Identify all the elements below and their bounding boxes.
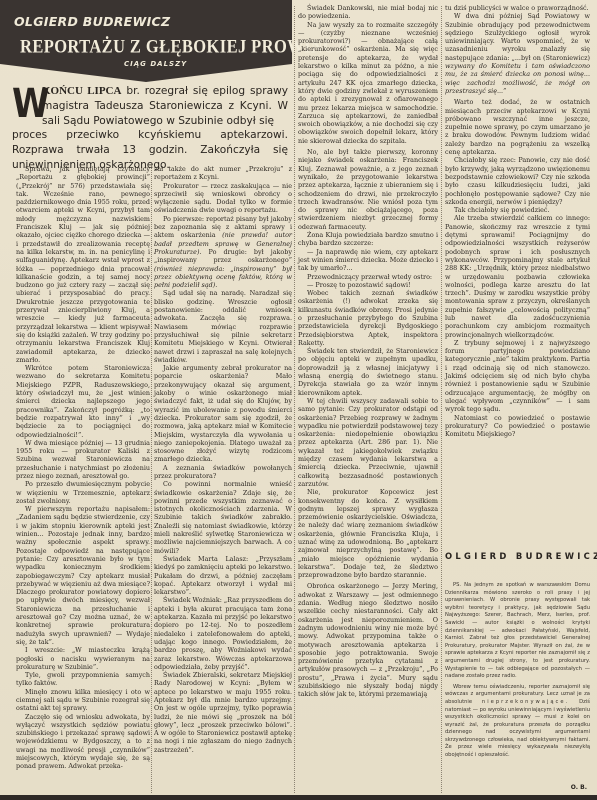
drop-cap: W bbox=[12, 86, 32, 122]
signature: OLGIERD BUDREWICZ bbox=[445, 551, 590, 561]
paragraph: Natomiast co powiedzieć o postawie proku… bbox=[445, 414, 590, 439]
paragraph: W tej chwili wszyscy zadawali sobie to s… bbox=[298, 397, 438, 488]
newspaper-page: OLGIERD BUDREWICZ REPORTAŻU Z GŁĘBOKIEJ … bbox=[0, 0, 597, 800]
paragraph: Z trybuny sejmowej i z najwyższego forum… bbox=[445, 339, 590, 414]
paragraph: Nie, prokurator Kopcewicz jest konsekwen… bbox=[298, 488, 438, 579]
byline-author: OLGIERD BUDREWICZ bbox=[14, 14, 170, 29]
paragraph: Sprawa, jak pamiętają czytelnicy „Report… bbox=[16, 165, 150, 364]
lead-paragraph: KOŃCU LIPCA br. rozegrał się epilog spra… bbox=[42, 84, 288, 128]
paragraph: Chciałoby się rzec: Panowie, czy nie doś… bbox=[445, 156, 590, 206]
paragraph: Świadek ten stwierdził, że Staroniewicz … bbox=[298, 347, 438, 397]
paragraph: Na jaw wyszły za to rozmaite szczegóły —… bbox=[298, 21, 438, 145]
paragraph: — Proszę to pozostawić sądowi! bbox=[298, 281, 438, 289]
column-divider bbox=[294, 6, 295, 793]
paragraph: W pierwszym reportażu napisałem: „Zadani… bbox=[16, 505, 150, 646]
italic-aside: (również nieprawda: „inspirowany” był pr… bbox=[154, 265, 292, 290]
paragraph: Co powinni normalnie wnieść świadkowie o… bbox=[154, 480, 292, 555]
postscript: PS. Na jednym ze spotkań w warszawskim D… bbox=[445, 582, 590, 760]
italic-quote: wzywany do Komitetu i tam oświadczono mu… bbox=[445, 62, 590, 95]
paragraph: Żona Kluja powiedziała bardzo smutno i c… bbox=[298, 231, 438, 248]
paragraph: Prokurator — rzecz zaskakująca — nie spr… bbox=[154, 182, 292, 215]
paragraph: Świadek Woźniak: „Raz przyszedłem do apt… bbox=[154, 596, 292, 671]
paragraph: Przewodniczący przerwał wtedy ostro: bbox=[298, 273, 438, 281]
column-divider bbox=[441, 6, 442, 793]
postscript-initials: O. B. bbox=[571, 784, 587, 791]
paragraph: W dwa dni później Sąd Powiatowy w Szubin… bbox=[445, 12, 590, 95]
postscript-paragraph: Wbrew temu oświadczeniu, reporter zaznaj… bbox=[445, 684, 590, 760]
bottom-rule bbox=[0, 795, 597, 800]
paragraph: Świadek Zbieralski, sekretarz Miejskiej … bbox=[154, 671, 292, 754]
paragraph: Minęło znowu kilka miesięcy i oto w ciem… bbox=[16, 688, 150, 713]
paragraph: Po przeszło dwumiesięcznym pobycie w wię… bbox=[16, 480, 150, 505]
paragraph: Warto też dodać, że w ostatnich miesiąca… bbox=[445, 98, 590, 156]
paragraph: Wobec takich zeznań świadków oskarżenia … bbox=[298, 289, 438, 347]
paragraph: Po pierwsze: reportaż pisany był jakoby … bbox=[154, 215, 292, 290]
article-column-3: Świadek Dankowski, nie miał bodaj nic do… bbox=[298, 4, 438, 699]
paragraph: I wreszcie: „W miasteczku krążą pogłoski… bbox=[16, 646, 150, 671]
paragraph: Sąd udał się na naradę. Naradzał się bli… bbox=[154, 289, 292, 364]
article-column-1: Sprawa, jak pamiętają czytelnicy „Report… bbox=[16, 165, 150, 771]
paragraph: — Ja naprawdę nie wiem, czy aptekarz jes… bbox=[298, 248, 438, 273]
paragraph: A zeznania świadków powołanych przez pro… bbox=[154, 464, 292, 481]
paragraph: Jakie argumenty zebrał prokurator na pop… bbox=[154, 364, 292, 464]
article-column-2: zał także do akt numer „Przekroju” z rep… bbox=[154, 165, 292, 754]
paragraph: W dwa miesiące później — 13 grudnia 1955… bbox=[16, 439, 150, 480]
paragraph: Obrońca oskarżonego — Jerzy Mering, adwo… bbox=[298, 582, 438, 698]
paragraph: Świadek Marta Lalasz: „Przyszłam kiedyś … bbox=[154, 555, 292, 596]
paragraph: Tyle, gwoli przypomnienia samych tylko f… bbox=[16, 671, 150, 688]
article-subtitle: CIĄG DALSZY bbox=[124, 60, 187, 68]
paragraph: Ale trzeba stwierdzić całkiem co innego:… bbox=[445, 214, 590, 338]
paragraph: No, ale był także pierwszy, koronny niej… bbox=[298, 148, 438, 231]
paragraph-text: W dwa dni później Sąd Powiatowy w Szubin… bbox=[445, 12, 590, 61]
paragraph-text: Dziś natomiast — po wyroku uniewinniając… bbox=[445, 699, 590, 758]
lead-cap-words: KOŃCU LIPCA bbox=[42, 85, 121, 97]
postscript-paragraph: PS. Na jednym ze spotkań w warszawskim D… bbox=[445, 582, 590, 681]
paragraph: Zaczęło się od wniosku adwokata, by wyłą… bbox=[16, 713, 150, 771]
paragraph: Tak chciałoby się powiedzieć. bbox=[445, 206, 590, 214]
column-divider bbox=[151, 165, 152, 793]
paragraph: Świadek Dankowski, nie miał bodaj nic do… bbox=[298, 4, 438, 21]
spaced-emphasis: nieprzekonywające. bbox=[482, 699, 569, 705]
paragraph: zał także do akt numer „Przekroju” z rep… bbox=[154, 165, 292, 182]
article-title: REPORTAŻU Z GŁĘBOKIEJ PROWINCJI bbox=[20, 35, 285, 58]
article-column-4: tu dziś publicyści w walce o praworządno… bbox=[445, 4, 590, 438]
paragraph: Wkrótce potem Staroniewicza wezwano do s… bbox=[16, 364, 150, 439]
paragraph: tu dziś publicyści w walce o praworządno… bbox=[445, 4, 590, 12]
